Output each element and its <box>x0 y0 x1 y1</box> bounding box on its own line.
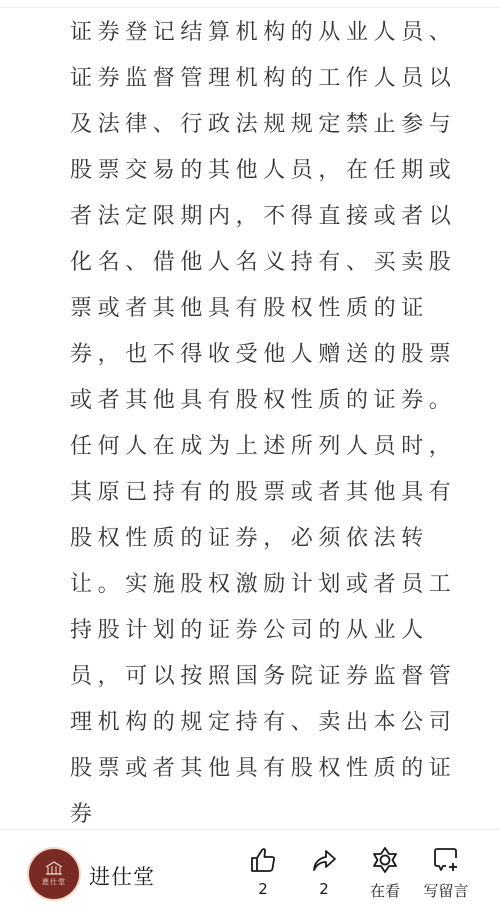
article-line: 理机构的规定持有、卖出本公司 <box>70 700 442 746</box>
article-line: 化名、借他人名义持有、买卖股 <box>70 240 442 286</box>
article-line: 员，可以按照国务院证券监督管 <box>70 654 442 700</box>
avatar[interactable]: 進仕堂 <box>29 849 79 899</box>
article-line: 证券登记结算机构的从业人员、 <box>70 10 442 56</box>
building-logo-icon <box>44 861 64 875</box>
avatar-text: 進仕堂 <box>42 877 66 887</box>
article-line: 持股计划的证券公司的从业人 <box>70 608 442 654</box>
write-comment-label: 写留言 <box>423 880 468 901</box>
article-line: 者法定限期内，不得直接或者以 <box>70 194 442 240</box>
article-line: 任何人在成为上述所列人员时， <box>70 424 442 470</box>
share-icon <box>310 846 338 874</box>
article-line: 票或者其他具有股权性质的证 <box>70 286 442 332</box>
article-line: 或者其他具有股权性质的证券。 <box>70 378 442 424</box>
article-line: 股权性质的证券，必须依法转 <box>70 516 442 562</box>
article-body: 证券登记结算机构的从业人员、 证券监督管理机构的工作人员以 及法律、行政法规规定… <box>70 10 442 838</box>
article-line: 股票交易的其他人员，在任期或 <box>70 148 442 194</box>
like-button[interactable]: 2 <box>233 846 293 898</box>
bottom-action-bar: 進仕堂 进仕堂 2 2 在看 写留言 <box>0 829 500 907</box>
account-name[interactable]: 进仕堂 <box>89 861 155 891</box>
article-line: 券，也不得收受他人赠送的股票 <box>70 332 442 378</box>
wow-icon <box>371 846 399 874</box>
thumbs-up-icon <box>249 846 277 874</box>
top-divider <box>0 7 500 8</box>
article-line: 证券监督管理机构的工作人员以 <box>70 56 442 102</box>
wow-label: 在看 <box>370 880 400 901</box>
article-line: 其原已持有的股票或者其他具有 <box>70 470 442 516</box>
share-button[interactable]: 2 <box>294 846 354 898</box>
comment-add-icon <box>432 846 460 874</box>
like-count: 2 <box>258 880 268 898</box>
article-line: 股票或者其他具有股权性质的证 <box>70 746 442 792</box>
article-line: 让。实施股权激励计划或者员工 <box>70 562 442 608</box>
share-count: 2 <box>319 880 329 898</box>
wow-button[interactable]: 在看 <box>355 846 415 901</box>
article-line: 及法律、行政法规规定禁止参与 <box>70 102 442 148</box>
write-comment-button[interactable]: 写留言 <box>416 846 476 901</box>
